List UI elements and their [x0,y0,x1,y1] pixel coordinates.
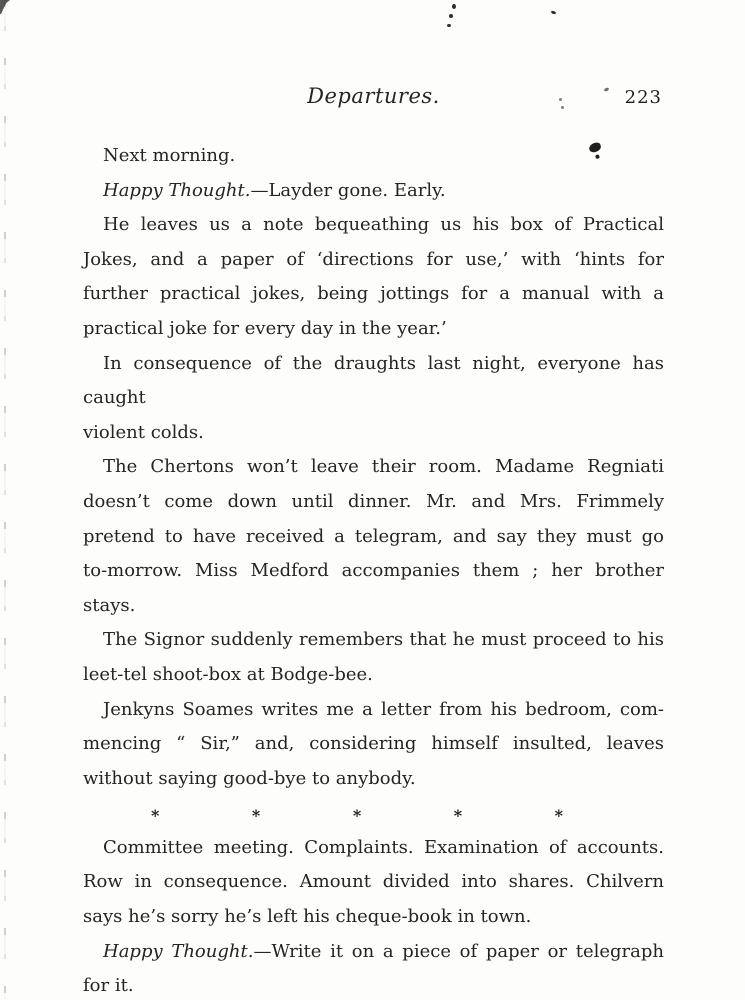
scan-speck [449,14,453,18]
text-segment: violent colds. [83,422,204,443]
asterisk-glyph: * [151,799,159,834]
text-segment: for it. [83,975,134,996]
text-line: further practical jokes, being jottings … [83,277,664,312]
text-segment: says he’s sorry he’s left his cheque-boo… [83,906,531,927]
text-segment: Committee meeting. Complaints. Examinati… [103,837,664,858]
text-line: The Chertons won’t leave their room. Mad… [83,450,664,485]
page-number: 223 [625,87,662,108]
text-segment: leet-tel shoot-box at Bodge-bee. [83,664,373,685]
text-line: pretend to have received a telegram, and… [83,520,664,555]
scan-corner-mark [0,0,15,14]
text-line: Committee meeting. Complaints. Examinati… [83,831,664,866]
asterisk-glyph: * [353,799,361,834]
text-line: for it. [83,969,664,1000]
italic-text-segment: Happy Thought. [103,180,250,201]
text-segment: doesn’t come down until dinner. Mr. and … [83,491,664,512]
text-line: without saying good-bye to anybody. [83,762,664,797]
text-line: practical joke for every day in the year… [83,312,664,347]
text-segment: In consequence of the draughts last nigh… [83,353,664,409]
text-segment: He leaves us a note bequeathing us his b… [103,214,664,235]
text-segment: without saying good-bye to anybody. [83,768,416,789]
asterisk-glyph: * [252,799,260,834]
text-segment: to-morrow. Miss Medford accompanies them… [83,560,664,616]
text-segment: Jokes, and a paper of ‘directions for us… [83,249,664,270]
asterisk-glyph: * [454,799,462,834]
asterisk-separator: ***** [151,796,563,831]
text-line: doesn’t come down until dinner. Mr. and … [83,485,664,520]
italic-text-segment: Happy Thought. [103,941,253,962]
text-line: Happy Thought.—Layder gone. Early. [83,174,664,209]
page-body: Next morning.Happy Thought.—Layder gone.… [83,139,664,1000]
scan-speck [447,24,451,27]
running-title: Departures. [83,84,664,108]
text-segment: Jenkyns Soames writes me a letter from h… [103,699,664,720]
text-line: violent colds. [83,416,664,451]
text-line: Happy Thought.—Write it on a piece of pa… [83,935,664,970]
text-segment: The Signor suddenly remembers that he mu… [103,629,664,650]
text-line: mencing “ Sir,” and, considering himself… [83,727,664,762]
scan-speck [452,4,456,9]
text-segment: further practical jokes, being jottings … [83,283,664,304]
asterisk-glyph: * [555,799,563,834]
text-segment: —Write it on a piece of paper or telegra… [253,941,664,962]
text-line: The Signor suddenly remembers that he mu… [83,623,664,658]
text-segment: The Chertons won’t leave their room. Mad… [103,456,664,477]
text-line: to-morrow. Miss Medford accompanies them… [83,554,664,623]
scan-speck [551,10,557,15]
text-line: Next morning. [83,139,664,174]
text-line: In consequence of the draughts last nigh… [83,347,664,416]
text-line: He leaves us a note bequeathing us his b… [83,208,664,243]
text-line: Jenkyns Soames writes me a letter from h… [83,693,664,728]
book-page-scan: Departures. 223 Next morning.Happy Thoug… [0,0,745,1000]
text-line: says he’s sorry he’s left his cheque-boo… [83,900,664,935]
running-head: Departures. 223 [83,84,664,114]
text-segment: practical joke for every day in the year… [83,318,447,339]
text-line: Jokes, and a paper of ‘directions for us… [83,243,664,278]
text-segment: —Layder gone. Early. [250,180,445,201]
scan-edge-line [4,0,6,1000]
text-segment: Next morning. [103,145,235,166]
text-line: Row in consequence. Amount divided into … [83,865,664,900]
text-segment: Row in consequence. Amount divided into … [83,871,664,892]
text-segment: mencing “ Sir,” and, considering himself… [83,733,664,754]
text-segment: pretend to have received a telegram, and… [83,526,664,547]
text-line: leet-tel shoot-box at Bodge-bee. [83,658,664,693]
